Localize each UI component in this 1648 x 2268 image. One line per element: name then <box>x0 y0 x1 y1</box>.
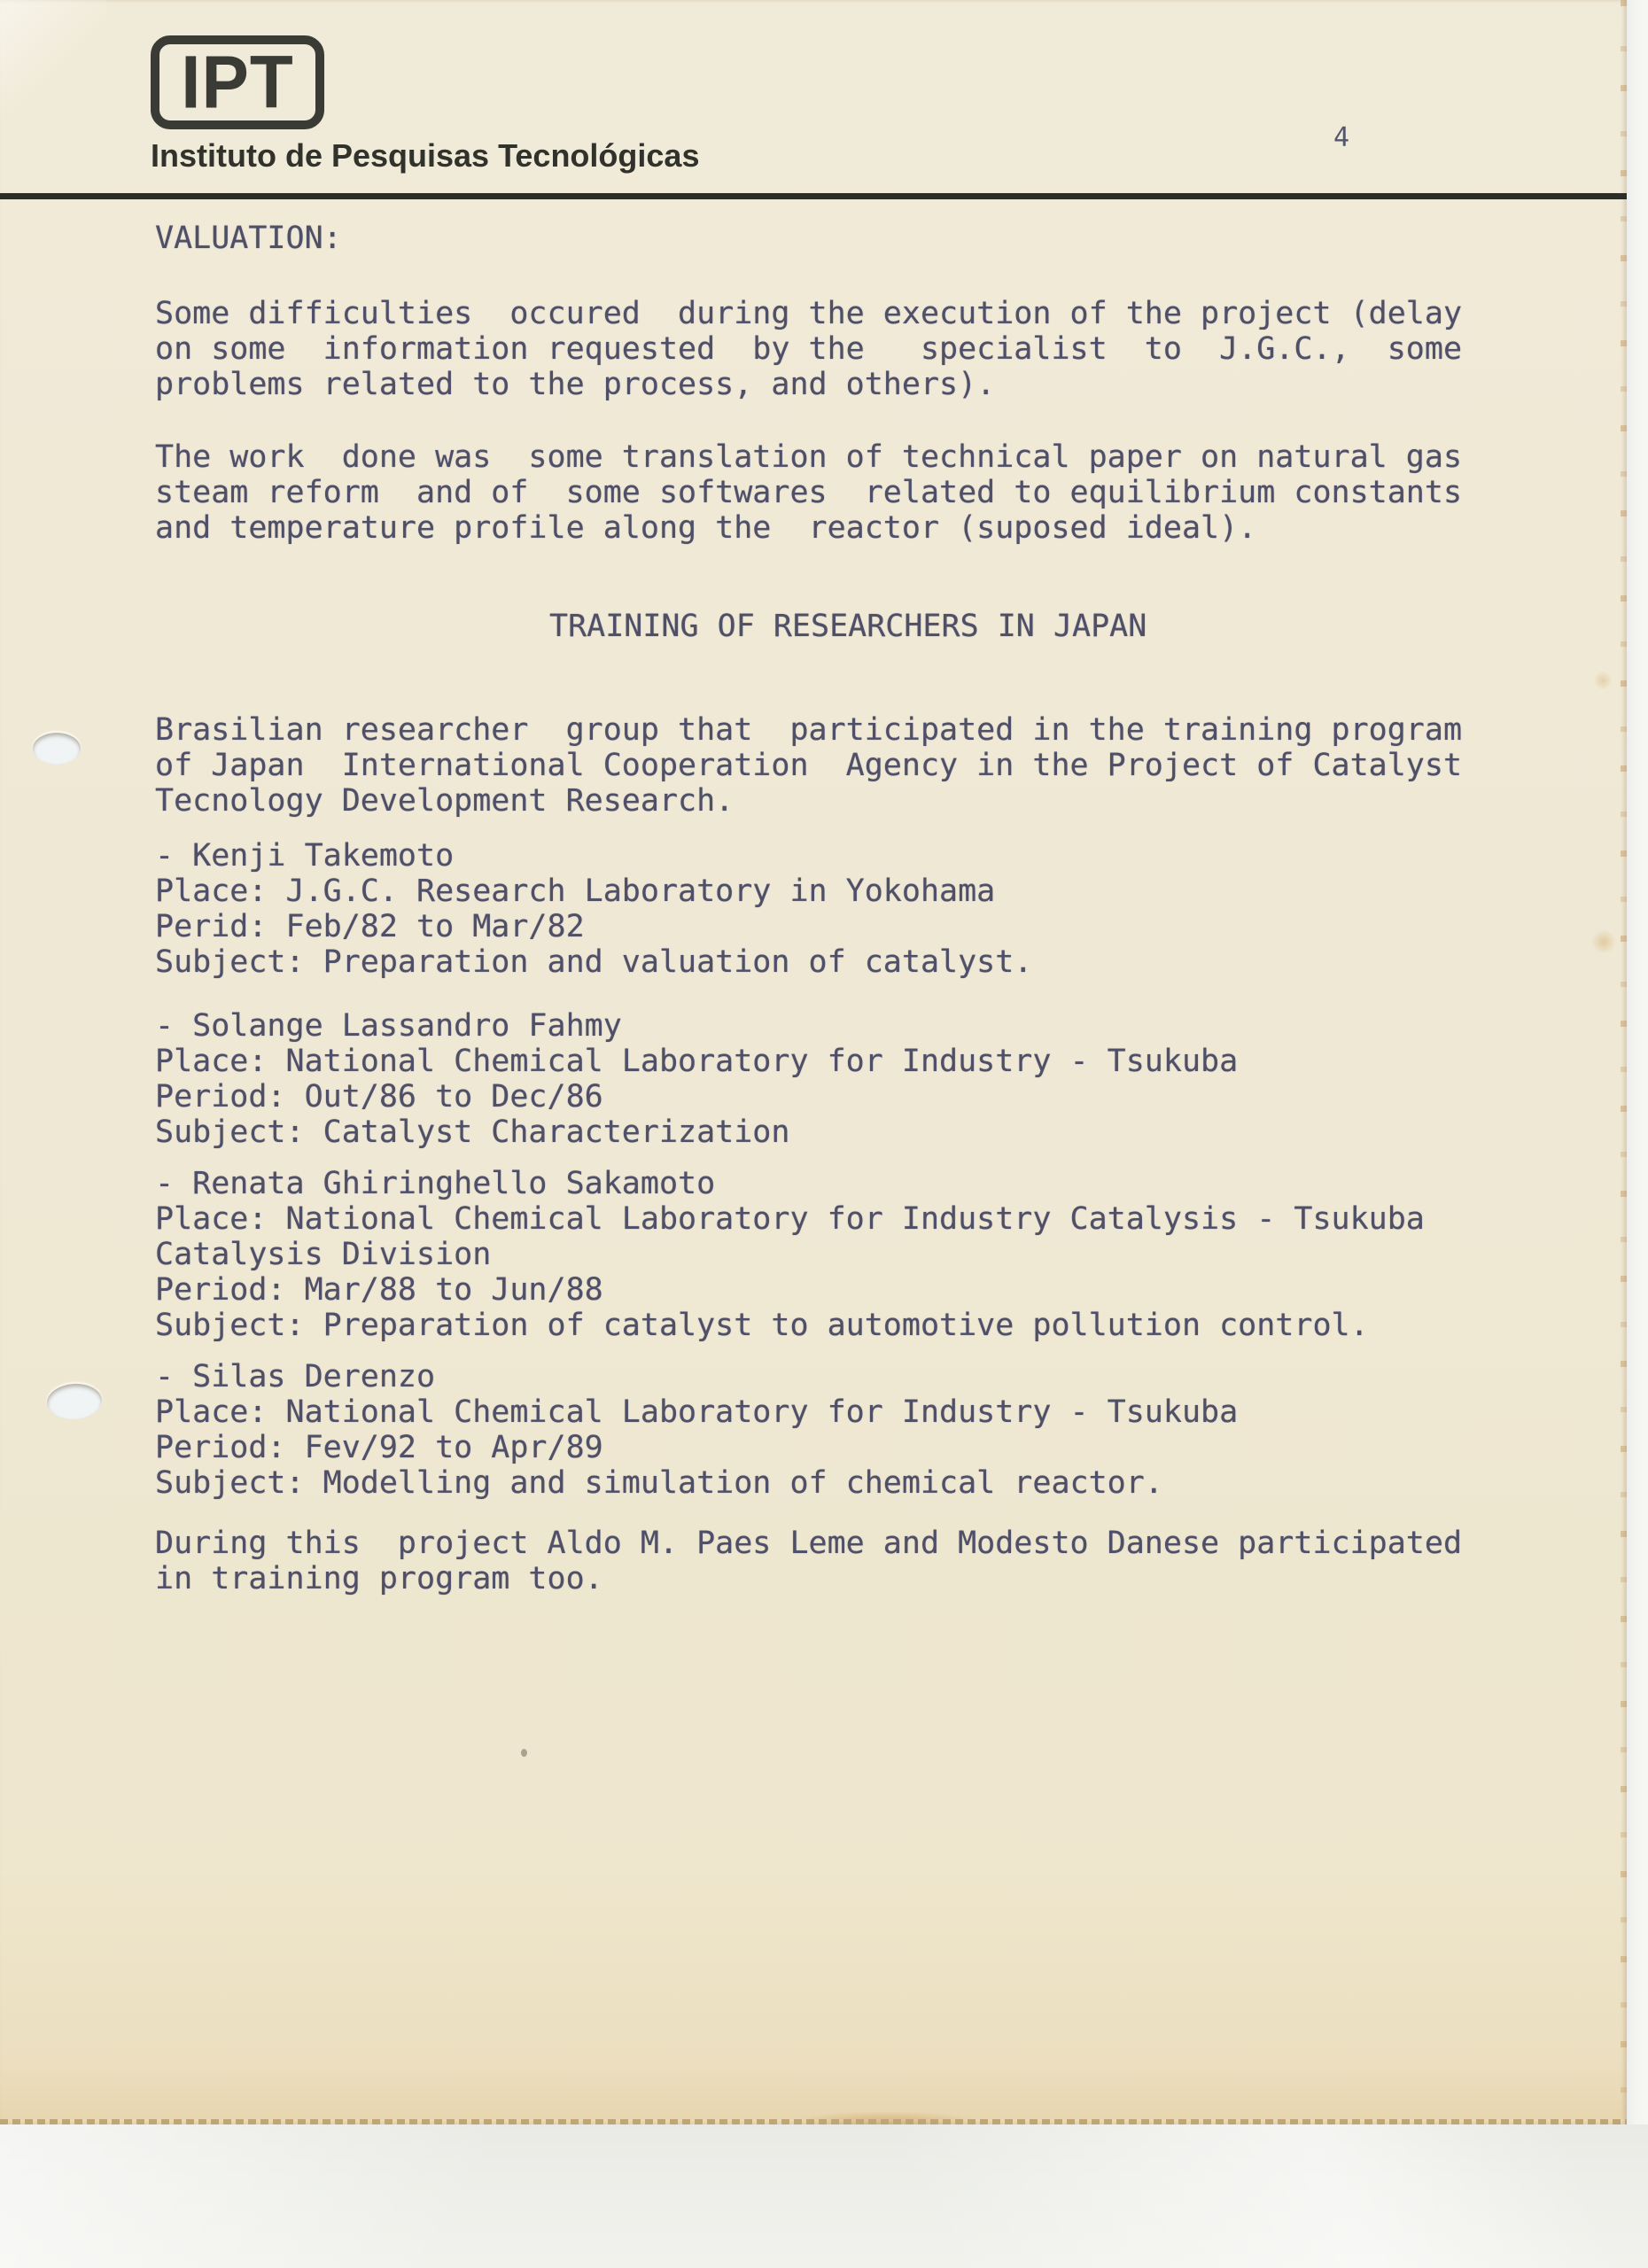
valuation-paragraph-2: The work done was some translation of te… <box>155 439 1462 546</box>
researcher-entry-kenji: - Kenji Takemoto Place: J.G.C. Research … <box>155 838 1032 980</box>
ipt-logo-text: IPT <box>181 45 293 120</box>
researcher-entry-renata: - Renata Ghiringhello Sakamoto Place: Na… <box>155 1166 1425 1343</box>
valuation-paragraph-1: Some difficulties occured during the exe… <box>155 296 1462 402</box>
researcher-entry-solange: - Solange Lassandro Fahmy Place: Nationa… <box>155 1008 1238 1150</box>
paper-corner-fold <box>0 0 106 133</box>
training-closing: During this project Aldo M. Paes Leme an… <box>155 1526 1462 1596</box>
paper-stain <box>1593 672 1613 689</box>
page-number: 4 <box>1333 122 1349 153</box>
paper-stain <box>1590 930 1617 953</box>
paper-rust-mark <box>771 2105 1001 2124</box>
ipt-logo: IPT <box>151 35 324 129</box>
training-title: TRAINING OF RESEARCHERS IN JAPAN <box>549 609 1147 644</box>
researcher-entry-silas: - Silas Derenzo Place: National Chemical… <box>155 1359 1238 1501</box>
punch-hole-top <box>33 733 81 765</box>
scanner-background-right <box>1627 0 1648 2124</box>
scanned-page: IPT Instituto de Pesquisas Tecnológicas … <box>0 0 1627 2124</box>
institute-name: Instituto de Pesquisas Tecnológicas <box>151 137 699 175</box>
training-intro: Brasilian researcher group that particip… <box>155 712 1462 819</box>
paper-speck <box>521 1749 527 1757</box>
punch-hole-bottom <box>46 1382 104 1421</box>
valuation-heading: VALUATION: <box>155 221 342 256</box>
scanner-background-bottom <box>0 2124 1648 2268</box>
paper-torn-edge <box>1621 0 1627 2124</box>
letterhead-rule <box>0 193 1627 199</box>
